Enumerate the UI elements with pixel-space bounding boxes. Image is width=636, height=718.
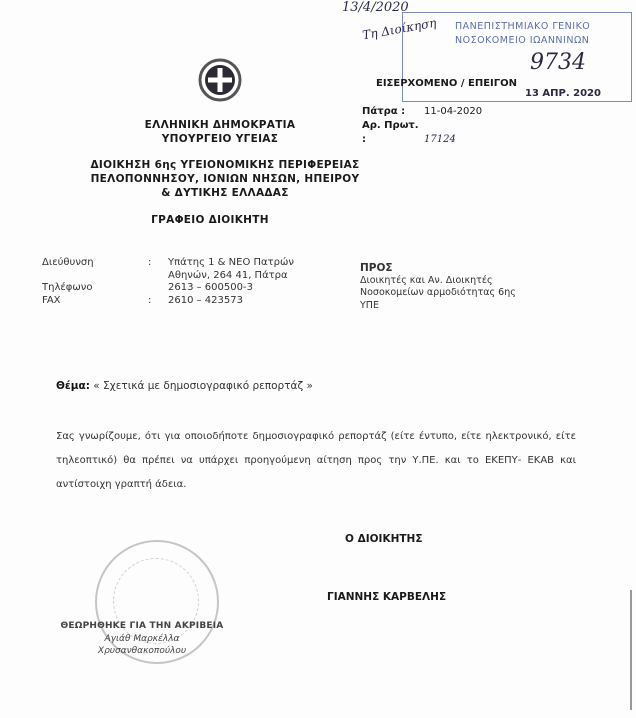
office-name: ΓΡΑΦΕΙΟ ΔΙΟΙΚΗΤΗ xyxy=(130,213,290,227)
document-date: 11-04-2020 xyxy=(424,106,482,117)
signature-title: Ο ΔΙΟΙΚΗΤΗΣ xyxy=(345,533,423,545)
stamp-number: 9734 xyxy=(530,50,586,75)
incoming-label: ΕΙΣΕΡΧΟΜΕΝΟ / ΕΠΕΙΓΟΝ xyxy=(376,78,517,89)
administration-line-1: ΔΙΟΙΚΗΣΗ 6ης ΥΓΕΙΟΝΟΜΙΚΗΣ ΠΕΡΙΦΕΡΕΙΑΣ xyxy=(60,158,390,172)
protocol-label: Αρ. Πρωτ. : xyxy=(362,119,424,147)
recipient-line-3: ΥΠΕ xyxy=(360,300,516,313)
administration-line-2: ΠΕΛΟΠΟΝΝΗΣΟΥ, ΙΟΝΙΩΝ ΝΗΣΩΝ, ΗΠΕΙΡΟΥ xyxy=(60,172,390,186)
address-line-1: Υπάτης 1 & ΝΕΟ Πατρών xyxy=(168,257,294,270)
stamp-date: 13 ΑΠΡ. 2020 xyxy=(525,88,601,99)
certified-copy-line-3: Χρυσανθακοπούλου xyxy=(52,645,232,658)
greek-coat-of-arms-icon xyxy=(198,58,242,102)
stamp-line-1: ΠΑΝΕΠΙΣΤΗΜΙΑΚΟ ΓΕΝΙΚΟ xyxy=(455,20,590,34)
subject-line: Θέμα: « Σχετικά με δημοσιογραφικό ρεπορτ… xyxy=(56,380,313,392)
fax-value: 2610 – 423573 xyxy=(168,295,243,308)
stamp-line-2: ΝΟΣΟΚΟΜΕΙΟ ΙΩΑΝΝΙΝΩΝ xyxy=(455,34,590,48)
place-label: Πάτρα : xyxy=(362,105,424,119)
address-label: Διεύθυνση xyxy=(42,257,148,270)
body-paragraph: Σας γνωρίζουμε, ότι για οποιοδήποτε δημο… xyxy=(56,425,576,497)
stamp-hospital-name: ΠΑΝΕΠΙΣΤΗΜΙΑΚΟ ΓΕΝΙΚΟ ΝΟΣΟΚΟΜΕΙΟ ΙΩΑΝΝΙΝ… xyxy=(455,20,590,48)
certified-copy-line-1: ΘΕΩΡΗΘΗΚΕ ΓΙΑ ΤΗΝ ΑΚΡΙΒΕΙΑ xyxy=(52,620,232,633)
issuer-header: ΕΛΛΗΝΙΚΗ ΔΗΜΟΚΡΑΤΙΑ ΥΠΟΥΡΓΕΙΟ ΥΓΕΙΑΣ xyxy=(120,118,320,146)
certified-copy-block: ΘΕΩΡΗΘΗΚΕ ΓΙΑ ΤΗΝ ΑΚΡΙΒΕΙΑ Αγιάθ Μαρκέλλ… xyxy=(52,620,232,658)
administration-line-3: & ΔΥΤΙΚΗΣ ΕΛΛΑΔΑΣ xyxy=(60,186,390,200)
recipient-block: ΠΡΟΣ Διοικητές και Αν. Διοικητές Νοσοκομ… xyxy=(360,262,516,312)
address-line-2: Αθηνών, 264 41, Πάτρα xyxy=(168,270,288,283)
fax-label: FAX xyxy=(42,295,148,308)
certified-copy-line-2: Αγιάθ Μαρκέλλα xyxy=(52,633,232,646)
recipient-line-2: Νοσοκομείων αρμοδιότητας 6ης xyxy=(360,287,516,300)
country-name: ΕΛΛΗΝΙΚΗ ΔΗΜΟΚΡΑΤΙΑ xyxy=(120,118,320,132)
handwritten-date: 13/4/2020 xyxy=(342,0,409,15)
page-edge xyxy=(630,590,632,710)
administration-header: ΔΙΟΙΚΗΣΗ 6ης ΥΓΕΙΟΝΟΜΙΚΗΣ ΠΕΡΙΦΕΡΕΙΑΣ ΠΕ… xyxy=(60,158,390,200)
signatory-name: ΓΙΑΝΝΗΣ ΚΑΡΒΕΛΗΣ xyxy=(327,591,446,603)
phone-value: 2613 – 600500-3 xyxy=(168,282,253,295)
recipient-title: ΠΡΟΣ xyxy=(360,262,516,275)
contact-block: Διεύθυνση:Υπάτης 1 & ΝΕΟ Πατρών Αθηνών, … xyxy=(42,257,294,307)
recipient-line-1: Διοικητές και Αν. Διοικητές xyxy=(360,275,516,288)
phone-label: Τηλέφωνο xyxy=(42,282,148,295)
reference-block: Πάτρα :11-04-2020 Αρ. Πρωτ. :17124 xyxy=(362,105,482,147)
ministry-name: ΥΠΟΥΡΓΕΙΟ ΥΓΕΙΑΣ xyxy=(120,132,320,146)
colon: : xyxy=(148,257,168,270)
subject-label: Θέμα: xyxy=(56,380,90,392)
protocol-number: 17124 xyxy=(424,134,456,145)
subject-text: « Σχετικά με δημοσιογραφικό ρεπορτάζ » xyxy=(93,380,313,392)
colon: : xyxy=(148,295,168,308)
